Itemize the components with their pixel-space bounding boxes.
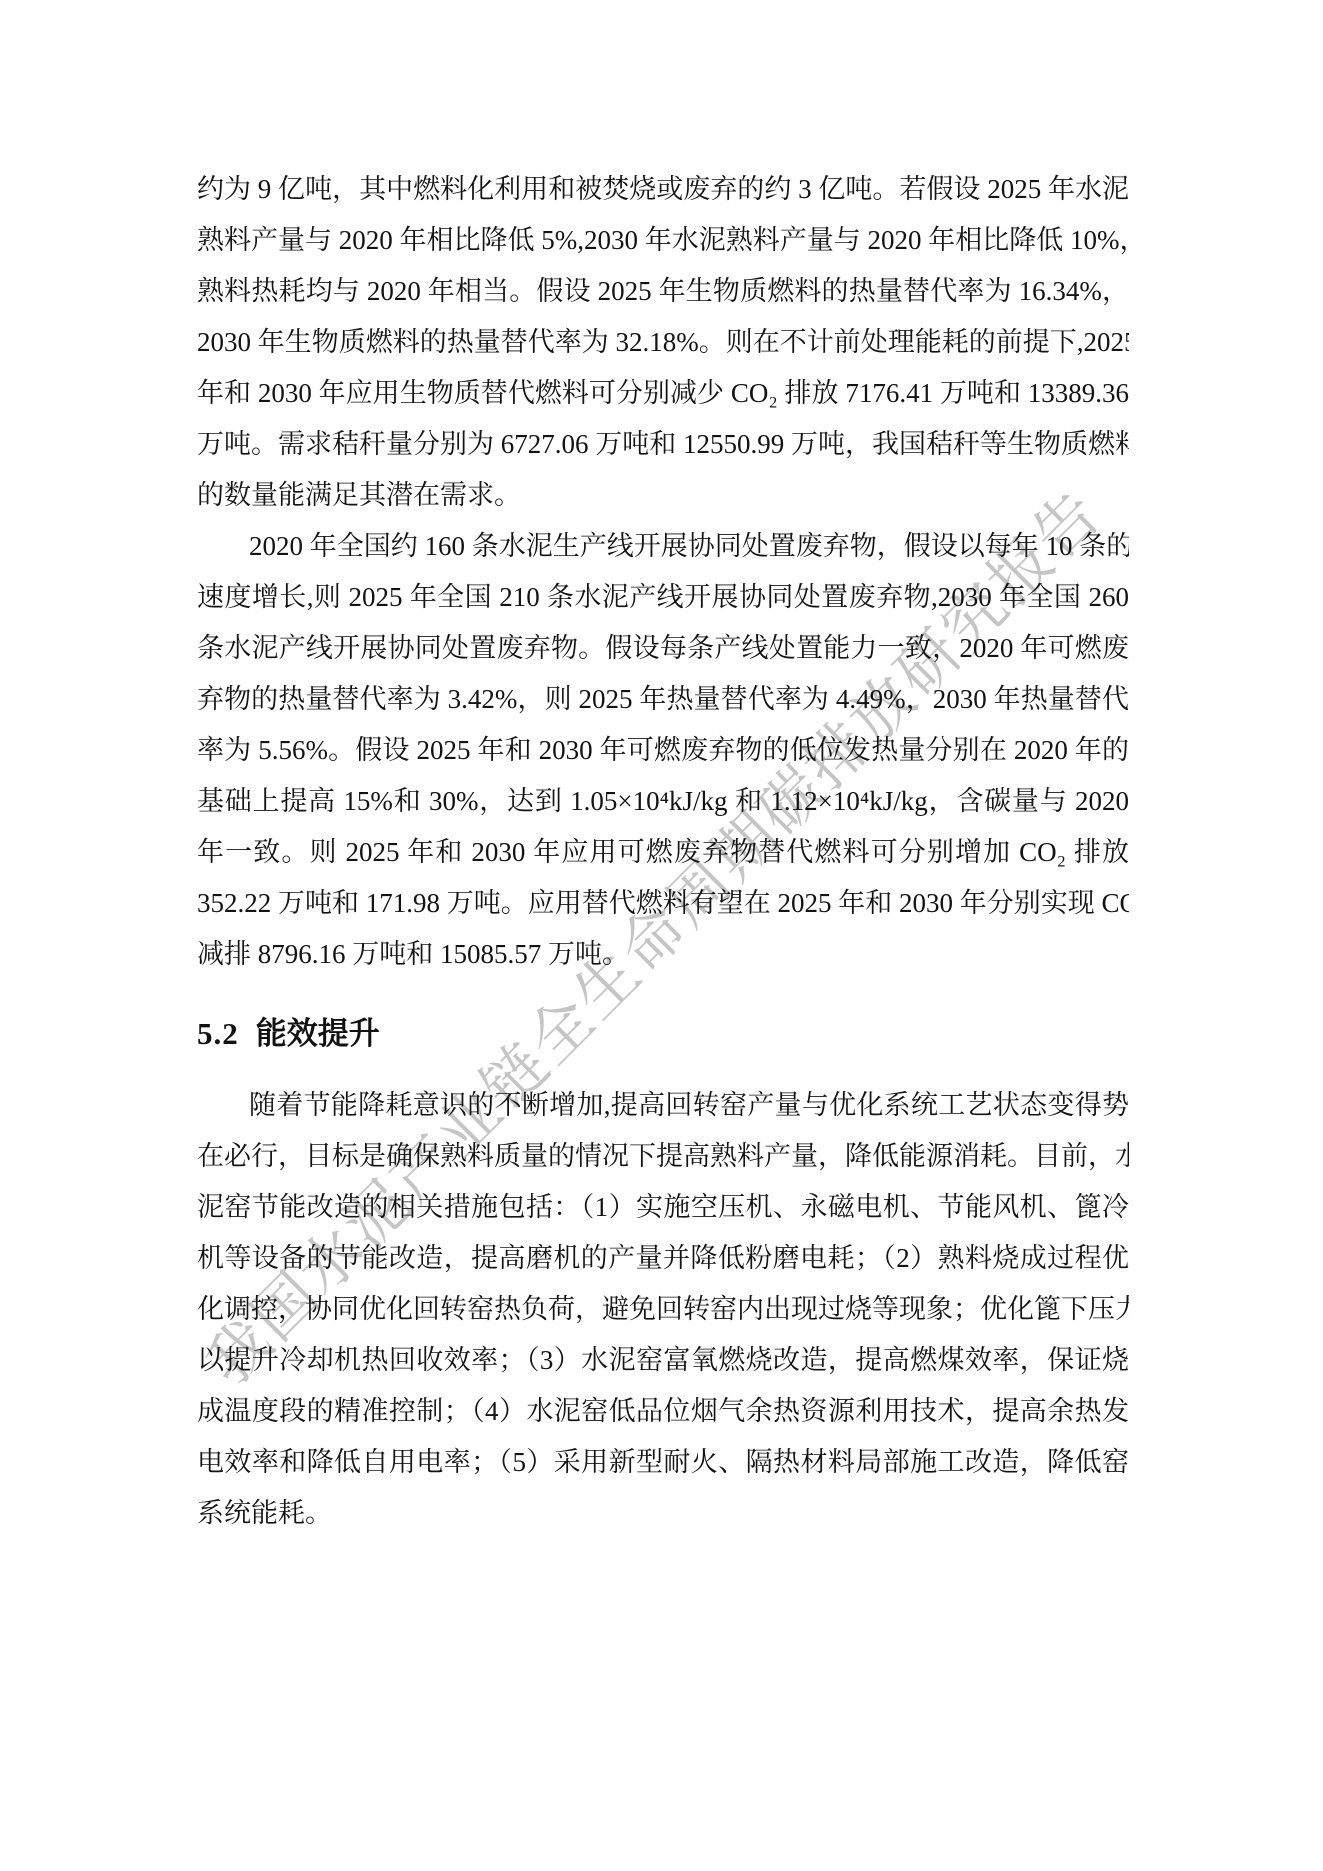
paragraph: 随着节能降耗意识的不断增加,提高回转窑产量与优化系统工艺状态变得势 在必行，目标… xyxy=(197,1080,1129,1539)
text-line: 电效率和降低自用电率；（5）采用新型耐火、隔热材料局部施工改造，降低窑 xyxy=(197,1437,1129,1488)
text-line: 系统能耗。 xyxy=(197,1488,1129,1539)
document-body: 约为 9 亿吨，其中燃料化利用和被焚烧或废弃的约 3 亿吨。若假设 2025 年… xyxy=(197,164,1129,1539)
text-line: 熟料热耗均与 2020 年相当。假设 2025 年生物质燃料的热量替代率为 16… xyxy=(197,266,1129,317)
text-line: 条水泥产线开展协同处置废弃物。假设每条产线处置能力一致，2020 年可燃废 xyxy=(197,623,1129,674)
text-line: 以提升冷却机热回收效率；（3）水泥窑富氧燃烧改造，提高燃煤效率，保证烧 xyxy=(197,1335,1129,1386)
section-heading: 5.2能效提升 xyxy=(197,1008,1129,1059)
text-line: 随着节能降耗意识的不断增加,提高回转窑产量与优化系统工艺状态变得势 xyxy=(197,1080,1129,1131)
text-line: 的数量能满足其潜在需求。 xyxy=(197,470,1129,521)
text-line: 泥窑节能改造的相关措施包括：（1）实施空压机、永磁电机、节能风机、篦冷 xyxy=(197,1182,1129,1233)
text-line: 成温度段的精准控制；（4）水泥窑低品位烟气余热资源利用技术，提高余热发 xyxy=(197,1386,1129,1437)
text-line: 基础上提高 15%和 30%，达到 1.05×10⁴kJ/kg 和 1.12×1… xyxy=(197,776,1129,827)
text-line: 减排 8796.16 万吨和 15085.57 万吨。 xyxy=(197,929,1129,980)
text-line: 机等设备的节能改造，提高磨机的产量并降低粉磨电耗；（2）熟料烧成过程优 xyxy=(197,1233,1129,1284)
paragraph: 约为 9 亿吨，其中燃料化利用和被焚烧或废弃的约 3 亿吨。若假设 2025 年… xyxy=(197,164,1129,521)
text-line: 弃物的热量替代率为 3.42%，则 2025 年热量替代率为 4.49%，203… xyxy=(197,674,1129,725)
text-line: 352.22 万吨和 171.98 万吨。应用替代燃料有望在 2025 年和 2… xyxy=(197,878,1129,929)
text-line: 2030 年生物质燃料的热量替代率为 32.18%。则在不计前处理能耗的前提下,… xyxy=(197,317,1129,368)
text-line: 熟料产量与 2020 年相比降低 5%,2030 年水泥熟料产量与 2020 年… xyxy=(197,215,1129,266)
text-line: 约为 9 亿吨，其中燃料化利用和被焚烧或废弃的约 3 亿吨。若假设 2025 年… xyxy=(197,164,1129,215)
text-line: 率为 5.56%。假设 2025 年和 2030 年可燃废弃物的低位发热量分别在… xyxy=(197,725,1129,776)
section-number: 5.2 xyxy=(197,1016,239,1051)
text-line: 在必行，目标是确保熟料质量的情况下提高熟料产量，降低能源消耗。目前，水 xyxy=(197,1131,1129,1182)
text-line: 万吨。需求秸秆量分别为 6727.06 万吨和 12550.99 万吨，我国秸秆… xyxy=(197,419,1129,470)
text-line: 年和 2030 年应用生物质替代燃料可分别减少 CO₂ 排放 7176.41 万… xyxy=(197,368,1129,419)
text-line: 速度增长,则 2025 年全国 210 条水泥产线开展协同处置废弃物,2030 … xyxy=(197,572,1129,623)
text-line: 2020 年全国约 160 条水泥生产线开展协同处置废弃物，假设以每年 10 条… xyxy=(197,521,1129,572)
text-line: 年一致。则 2025 年和 2030 年应用可燃废弃物替代燃料可分别增加 CO₂… xyxy=(197,827,1129,878)
document-page: 我国水泥产业链全生命周期碳排放研究报告 约为 9 亿吨，其中燃料化利用和被焚烧或… xyxy=(0,0,1323,1871)
text-line: 化调控，协同优化回转窑热负荷，避免回转窑内出现过烧等现象；优化篦下压力 xyxy=(197,1284,1129,1335)
paragraph: 2020 年全国约 160 条水泥生产线开展协同处置废弃物，假设以每年 10 条… xyxy=(197,521,1129,980)
section-title: 能效提升 xyxy=(256,1016,380,1051)
